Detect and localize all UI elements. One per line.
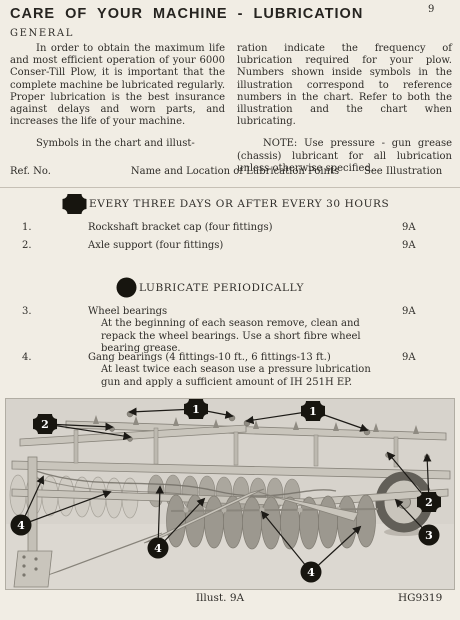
illustration-code: HG9319 [398, 592, 442, 604]
row-ref: 2. [22, 240, 32, 251]
page-number: 9 [428, 4, 434, 15]
row-see: 9A [402, 352, 416, 363]
manual-page: CARE OF YOUR MACHINE - LUBRICATION 9 GEN… [0, 0, 460, 620]
svg-text:3: 3 [425, 529, 433, 542]
section-every-three-days: EVERY THREE DAYS OR AFTER EVERY 30 HOURS [62, 194, 389, 214]
row-name: Rockshaft bracket cap (four fittings) [88, 222, 376, 234]
row-name: Gang bearings (4 fittings-10 ft., 6 fitt… [88, 352, 376, 364]
row-see: 9A [402, 240, 416, 251]
col-header-name: Name and Location of Lubrication Points [95, 166, 375, 177]
col-header-see: See Illustration [364, 166, 442, 177]
row-name-block: Wheel bearings At the beginning of each … [88, 306, 376, 356]
illustration-caption: Illust. 9A [0, 592, 440, 604]
svg-text:2: 2 [41, 418, 49, 431]
header-rule [0, 187, 460, 188]
callout-badge-3: 3 [419, 525, 440, 546]
section-lubricate-periodically: LUBRICATE PERIODICALLY [116, 277, 304, 298]
paragraph: ration indicate the frequency of lubrica… [237, 43, 452, 128]
row-ref: 3. [22, 306, 32, 317]
row-ref: 1. [22, 222, 32, 233]
section-label: LUBRICATE PERIODICALLY [139, 282, 304, 294]
paragraph: In order to obtain the maximum life and … [10, 43, 225, 128]
circle-symbol-icon [116, 277, 137, 298]
paragraph: Symbols in the chart and illust- [10, 138, 225, 150]
intro-column-right: ration indicate the frequency of lubrica… [237, 43, 452, 175]
plaque-symbol-icon [62, 194, 87, 214]
callout-badge-4: 4 [148, 538, 169, 559]
machine-photo: 11223444 [6, 399, 454, 589]
intro-columns: In order to obtain the maximum life and … [10, 43, 452, 175]
row-see: 9A [402, 306, 416, 317]
col-header-ref: Ref. No. [10, 166, 51, 177]
row-note: At the beginning of each season remove, … [101, 318, 376, 355]
intro-column-left: In order to obtain the maximum life and … [10, 43, 225, 175]
svg-text:1: 1 [192, 403, 200, 416]
svg-text:2: 2 [425, 496, 433, 509]
svg-text:4: 4 [17, 519, 25, 532]
svg-text:4: 4 [154, 542, 162, 555]
row-note: At least twice each season use a pressur… [101, 364, 376, 389]
callout-badge-4: 4 [11, 515, 32, 536]
section-heading-general: GENERAL [10, 28, 74, 39]
row-name: Axle support (four fittings) [88, 240, 376, 252]
section-label: EVERY THREE DAYS OR AFTER EVERY 30 HOURS [89, 198, 389, 210]
row-name-block: Gang bearings (4 fittings-10 ft., 6 fitt… [88, 352, 376, 389]
page-title: CARE OF YOUR MACHINE - LUBRICATION [10, 6, 363, 22]
svg-text:1: 1 [309, 405, 317, 418]
callout-badge-4: 4 [301, 562, 322, 583]
row-see: 9A [402, 222, 416, 233]
svg-text:4: 4 [307, 566, 315, 579]
machine-illustration: 11223444 [6, 399, 454, 589]
row-name: Wheel bearings [88, 306, 376, 318]
row-ref: 4. [22, 352, 32, 363]
